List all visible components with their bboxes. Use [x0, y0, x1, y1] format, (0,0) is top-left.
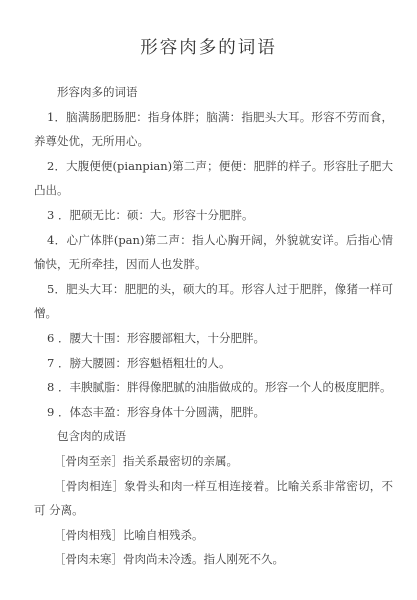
- definition-item: 3 ．肥硕无比：硕：大。形容十分肥胖。: [34, 203, 393, 228]
- section-meat-idioms: 包含肉的成语 ［骨肉至亲］指关系最密切的亲属。 ［骨肉相连］象骨头和肉一样互相连…: [34, 424, 393, 572]
- definition-item: 2．大腹便便(pianpian)第二声；便便：肥胖的样子。形容肚子肥大 凸出。: [34, 154, 393, 203]
- idiom-item: ［骨肉相连］象骨头和肉一样互相连接着。比喻关系非常密切，不可 分离。: [34, 474, 393, 523]
- document-page: 形容肉多的词语 形容肉多的词语 1．脑满肠肥肠肥：指身体胖；脑满：指肥头大耳。形…: [0, 0, 417, 600]
- definition-item: 9 ．体态丰盈：形容身体十分圆满，肥胖。: [34, 400, 393, 425]
- document-title: 形容肉多的词语: [0, 0, 417, 59]
- definition-item: 7 ．膀大腰圆：形容魁梧粗壮的人。: [34, 351, 393, 376]
- definition-item: 4．心广体胖(pan)第二声：指人心胸开阔，外貌就安详。后指心情 愉快，无所牵挂…: [34, 228, 393, 277]
- definition-item: 1．脑满肠肥肠肥：指身体胖；脑满：指肥头大耳。形容不劳而食， 养尊处优，无所用心…: [34, 105, 393, 154]
- idiom-item: ［骨肉至亲］指关系最密切的亲属。: [34, 449, 393, 474]
- idiom-item: ［骨肉未寒］骨肉尚未冷透。指人刚死不久。: [34, 547, 393, 572]
- definition-item: 6 ．腰大十围：形容腰部粗大，十分肥胖。: [34, 326, 393, 351]
- definition-item: 8 ．丰腴腻脂：胖得像肥腻的油脂做成的。形容一个人的极度肥胖。: [34, 375, 393, 400]
- section-heading: 形容肉多的词语: [34, 80, 393, 105]
- idiom-item: ［骨肉相残］比喻自相残杀。: [34, 523, 393, 548]
- definition-item: 5．肥头大耳：肥肥的头，硕大的耳。形容人过于肥胖，像猪一样可 憎。: [34, 277, 393, 326]
- section-fat-words: 形容肉多的词语 1．脑满肠肥肠肥：指身体胖；脑满：指肥头大耳。形容不劳而食， 养…: [34, 80, 393, 424]
- section-heading: 包含肉的成语: [34, 424, 393, 449]
- document-body: 形容肉多的词语 1．脑满肠肥肠肥：指身体胖；脑满：指肥头大耳。形容不劳而食， 养…: [0, 80, 417, 572]
